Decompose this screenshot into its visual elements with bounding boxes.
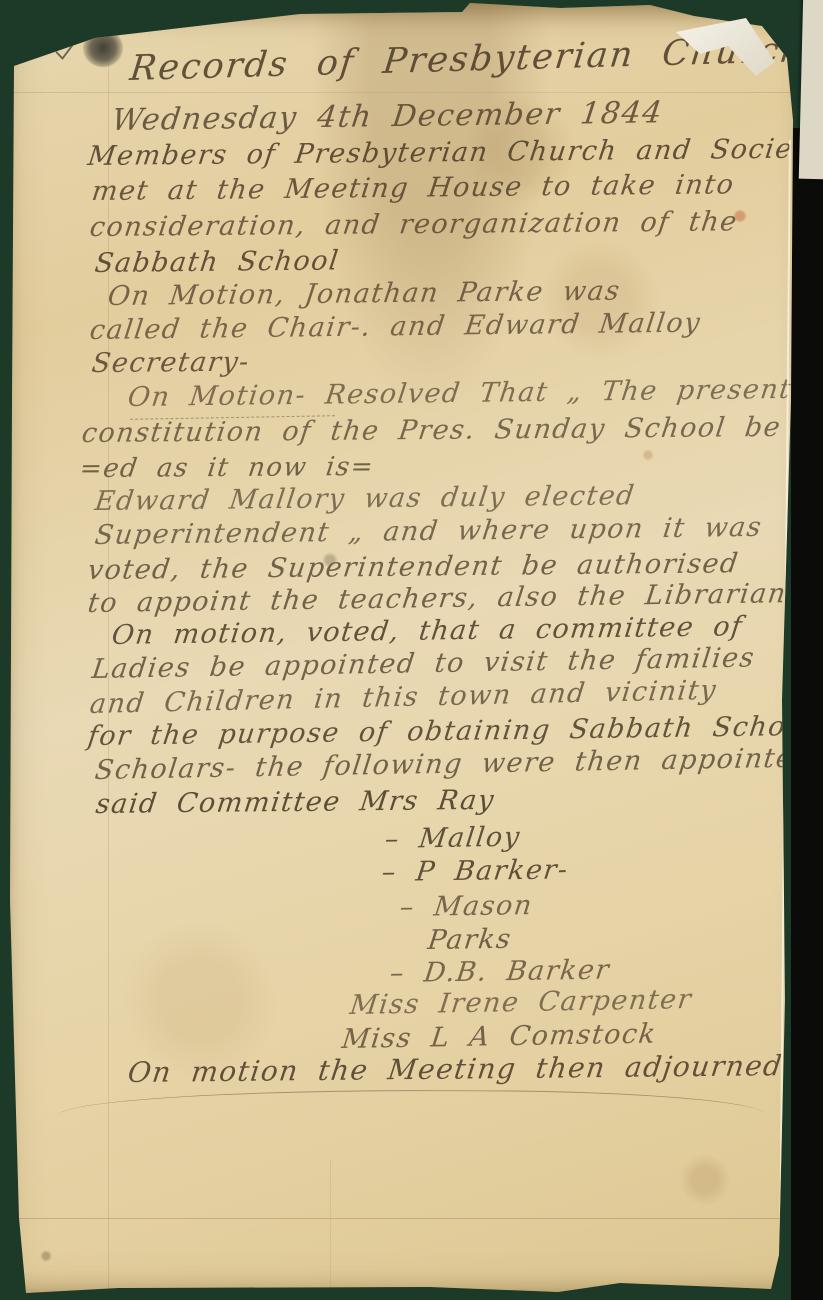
pen-check-mark xyxy=(54,43,79,68)
scanner-black-edge xyxy=(791,128,823,1300)
fold-line-horizontal-top xyxy=(0,92,800,93)
manuscript-line-28: Miss L A Comstock xyxy=(340,1020,658,1053)
manuscript-line-1: Wednesday 4th December 1844 xyxy=(110,98,665,136)
manuscript-line-22: – Malloy xyxy=(383,824,522,853)
manuscript-line-29: On motion the Meeting then adjourned- xyxy=(126,1052,795,1087)
manuscript-line-3: met at the Meeting House to take into xyxy=(90,171,736,205)
manuscript-line-24: – Mason xyxy=(398,892,534,921)
ink-blot xyxy=(83,29,123,67)
manuscript-line-5: Sabbath School xyxy=(93,247,341,277)
manuscript-line-14: voted, the Superintendent be authorised xyxy=(86,550,740,584)
underlying-page-edge xyxy=(799,0,823,179)
manuscript-line-23: – P Barker- xyxy=(380,856,570,886)
manuscript-line-7: called the Chair-. and Edward Malloy xyxy=(88,310,702,345)
check-mark-icon xyxy=(54,43,78,64)
manuscript-page: Records of Presbyterian Church and Socie… xyxy=(0,0,823,1300)
manuscript-line-12: Edward Mallory was duly elected xyxy=(93,482,637,515)
manuscript-line-13: Superintendent „ and where upon it was xyxy=(93,514,764,549)
manuscript-line-6: On Motion, Jonathan Parke was xyxy=(106,278,622,310)
scan-backdrop: Records of Presbyterian Church and Socie… xyxy=(0,0,823,1300)
manuscript-line-21: said Committee Mrs Ray xyxy=(94,787,496,818)
manuscript-line-8: Secretary- xyxy=(90,349,251,377)
manuscript-line-9: On Motion- Resolved That „ The present xyxy=(126,376,793,411)
manuscript-line-26: – D.B. Barker xyxy=(388,957,611,988)
fold-line-vertical-bottom xyxy=(330,1160,331,1290)
manuscript-line-2: Members of Presbyterian Church and Socie… xyxy=(86,135,823,170)
fold-line-horizontal-bottom xyxy=(0,1218,800,1219)
manuscript-line-4: consideration, and reorganization of the xyxy=(88,208,739,241)
manuscript-line-25: Parks xyxy=(426,926,513,954)
manuscript-line-11: =ed as it now is= xyxy=(78,454,376,482)
manuscript-line-27: Miss Irene Carpenter xyxy=(348,986,693,1019)
